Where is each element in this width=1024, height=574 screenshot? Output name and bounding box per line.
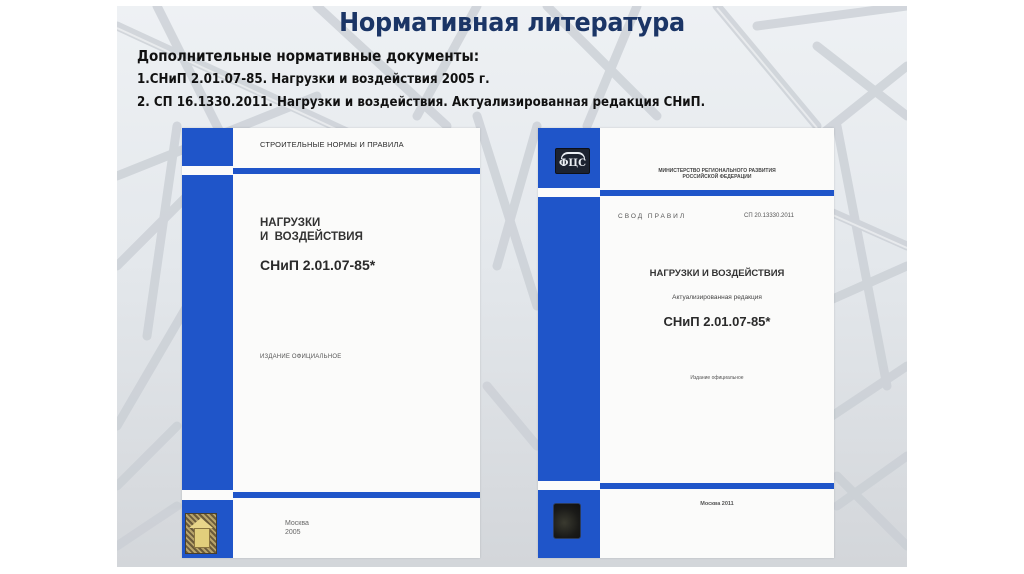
subheading: Дополнительные нормативные документы: [137, 47, 479, 65]
cover-code-top: СП 20.13330.2011 [744, 213, 794, 219]
hologram-sticker-icon [553, 503, 581, 539]
cover-series: СТРОИТЕЛЬНЫЕ НОРМЫ И ПРАВИЛА [260, 140, 404, 149]
cover-blue-column [182, 175, 233, 490]
cover-blue-stripe [233, 168, 480, 174]
cover-city: Москва [285, 520, 309, 527]
cover-title-line-1: НАГРУЗКИ [260, 217, 320, 229]
cover-blue-column [538, 197, 600, 481]
cover-city-year: Москва 2011 [600, 501, 834, 507]
cover-edition: Издание официальное [600, 375, 834, 381]
cover-blue-stripe [600, 190, 834, 196]
cover-code: СНиП 2.01.07-85* [260, 257, 375, 273]
cover-code: СНиП 2.01.07-85* [600, 314, 834, 329]
slide: Нормативная литература Дополнительные но… [117, 6, 907, 567]
house-emblem-icon [185, 513, 217, 554]
book-cover-snip-2005: СТРОИТЕЛЬНЫЕ НОРМЫ И ПРАВИЛА НАГРУЗКИ И … [182, 128, 480, 558]
cover-subtitle: Актуализированная редакция [600, 294, 834, 301]
cover-series: СВОД ПРАВИЛ [618, 213, 686, 220]
fcs-logo-icon: ФЦС [555, 148, 590, 174]
cover-title: НАГРУЗКИ И ВОЗДЕЙСТВИЯ [600, 268, 834, 279]
cover-edition: ИЗДАНИЕ ОФИЦИАЛЬНОЕ [260, 354, 341, 360]
cover-blue-stripe [233, 492, 480, 498]
cover-ministry-line-2: РОССИЙСКОЙ ФЕДЕРАЦИИ [600, 174, 834, 180]
cover-blue-block [182, 128, 233, 166]
fcs-logo-text: ФЦС [559, 158, 586, 169]
document-item-2: 2. СП 16.1330.2011. Нагрузки и воздейств… [137, 94, 705, 110]
cover-blue-stripe [600, 483, 834, 489]
slide-title: Нормативная литература [149, 8, 876, 38]
cover-title-line-2: И ВОЗДЕЙСТВИЯ [260, 231, 363, 243]
cover-year: 2005 [285, 529, 301, 536]
document-item-1: 1.СНиП 2.01.07-85. Нагрузки и воздействи… [137, 71, 490, 87]
book-cover-sp-2011: ФЦС МИНИСТЕРСТВО РЕГИОНАЛЬНОГО РАЗВИТИЯ … [538, 128, 834, 558]
